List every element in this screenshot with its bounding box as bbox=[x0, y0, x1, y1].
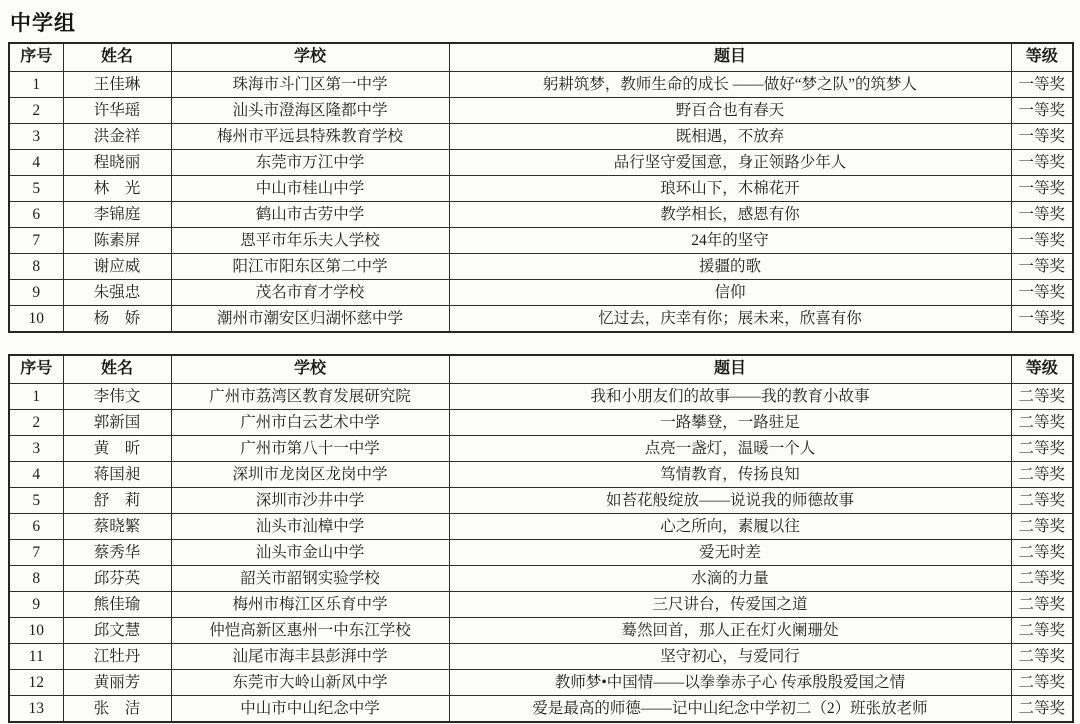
page-title: 中学组 bbox=[0, 0, 1080, 42]
table-row: 11江牡丹汕尾市海丰县彭湃中学坚守初心，与爱同行二等奖 bbox=[9, 644, 1073, 670]
table-cell-index: 12 bbox=[9, 670, 63, 696]
table-cell-award: 二等奖 bbox=[1011, 566, 1073, 592]
table-cell-name: 王佳琳 bbox=[63, 72, 171, 98]
table-cell-school: 茂名市育才学校 bbox=[171, 280, 449, 306]
table-cell-name: 蒋国昶 bbox=[63, 462, 171, 488]
table-cell-index: 9 bbox=[9, 592, 63, 618]
table-cell-award: 一等奖 bbox=[1011, 228, 1073, 254]
table-cell-title: 如苔花般绽放——说说我的师德故事 bbox=[449, 488, 1011, 514]
table-row: 3黄 昕广州市第八十一中学点亮一盏灯，温暖一个人二等奖 bbox=[9, 436, 1073, 462]
table-row: 1王佳琳珠海市斗门区第一中学躬耕筑梦，教师生命的成长 ——做好“梦之队”的筑梦人… bbox=[9, 72, 1073, 98]
table-cell-award: 二等奖 bbox=[1011, 540, 1073, 566]
table-cell-school: 广州市荔湾区教育发展研究院 bbox=[171, 384, 449, 410]
table-cell-award: 一等奖 bbox=[1011, 124, 1073, 150]
column-header-name: 姓名 bbox=[63, 43, 171, 72]
table-cell-name: 邱芬英 bbox=[63, 566, 171, 592]
table-cell-award: 二等奖 bbox=[1011, 436, 1073, 462]
table-row: 4蒋国昶深圳市龙岗区龙岗中学笃情教育，传扬良知二等奖 bbox=[9, 462, 1073, 488]
table-cell-award: 二等奖 bbox=[1011, 644, 1073, 670]
table-cell-index: 7 bbox=[9, 228, 63, 254]
table-row: 2许华瑶汕头市澄海区隆都中学野百合也有春天一等奖 bbox=[9, 98, 1073, 124]
column-header-school: 学校 bbox=[171, 43, 449, 72]
table-cell-school: 汕头市汕樟中学 bbox=[171, 514, 449, 540]
table-cell-name: 黄 昕 bbox=[63, 436, 171, 462]
table-cell-title: 既相遇，不放弃 bbox=[449, 124, 1011, 150]
table-cell-index: 8 bbox=[9, 566, 63, 592]
table-cell-award: 二等奖 bbox=[1011, 670, 1073, 696]
table-cell-school: 梅州市梅江区乐育中学 bbox=[171, 592, 449, 618]
table-cell-name: 邱文慧 bbox=[63, 618, 171, 644]
table-cell-award: 一等奖 bbox=[1011, 98, 1073, 124]
table-row: 8邱芬英韶关市韶钢实验学校水滴的力量二等奖 bbox=[9, 566, 1073, 592]
table-cell-award: 二等奖 bbox=[1011, 488, 1073, 514]
table-cell-name: 许华瑶 bbox=[63, 98, 171, 124]
award-table-first-prize: 序号 姓名 学校 题目 等级 1王佳琳珠海市斗门区第一中学躬耕筑梦，教师生命的成… bbox=[8, 42, 1074, 333]
table-cell-name: 蔡秀华 bbox=[63, 540, 171, 566]
table-cell-title: 教师梦•中国情——以拳拳赤子心 传承殷殷爱国之情 bbox=[449, 670, 1011, 696]
table-cell-title: 24年的坚守 bbox=[449, 228, 1011, 254]
table-cell-title: 蓦然回首，那人正在灯火阑珊处 bbox=[449, 618, 1011, 644]
table-cell-name: 张 洁 bbox=[63, 696, 171, 723]
table-row: 2郭新国广州市白云艺术中学一路攀登，一路驻足二等奖 bbox=[9, 410, 1073, 436]
table-cell-title: 忆过去，庆幸有你；展未来，欣喜有你 bbox=[449, 306, 1011, 333]
document-page: 中学组 序号 姓名 学校 题目 等级 1王佳琳珠海市斗门区第一中学躬耕筑梦，教师… bbox=[0, 0, 1080, 724]
table-cell-name: 朱强忠 bbox=[63, 280, 171, 306]
table-cell-name: 蔡晓繁 bbox=[63, 514, 171, 540]
column-header-title: 题目 bbox=[449, 43, 1011, 72]
table-cell-school: 东莞市万江中学 bbox=[171, 150, 449, 176]
table-row: 9熊佳瑜梅州市梅江区乐育中学三尺讲台，传爱国之道二等奖 bbox=[9, 592, 1073, 618]
table-cell-name: 林 光 bbox=[63, 176, 171, 202]
table-cell-index: 2 bbox=[9, 98, 63, 124]
table-cell-title: 品行坚守爱国意，身正领路少年人 bbox=[449, 150, 1011, 176]
table-cell-award: 二等奖 bbox=[1011, 462, 1073, 488]
table-cell-name: 谢应威 bbox=[63, 254, 171, 280]
table-cell-school: 阳江市阳东区第二中学 bbox=[171, 254, 449, 280]
table-row: 5舒 莉深圳市沙井中学如苔花般绽放——说说我的师德故事二等奖 bbox=[9, 488, 1073, 514]
table-cell-title: 教学相长，感恩有你 bbox=[449, 202, 1011, 228]
table-cell-title: 坚守初心，与爱同行 bbox=[449, 644, 1011, 670]
table-cell-index: 10 bbox=[9, 306, 63, 333]
table-row: 12黄丽芳东莞市大岭山新风中学教师梦•中国情——以拳拳赤子心 传承殷殷爱国之情二… bbox=[9, 670, 1073, 696]
table-cell-index: 5 bbox=[9, 176, 63, 202]
table-row: 9朱强忠茂名市育才学校信仰一等奖 bbox=[9, 280, 1073, 306]
table-header-row: 序号 姓名 学校 题目 等级 bbox=[9, 355, 1073, 384]
table-cell-award: 二等奖 bbox=[1011, 592, 1073, 618]
table-cell-award: 二等奖 bbox=[1011, 514, 1073, 540]
table-cell-award: 一等奖 bbox=[1011, 254, 1073, 280]
table-cell-index: 13 bbox=[9, 696, 63, 723]
table-cell-award: 一等奖 bbox=[1011, 202, 1073, 228]
table-cell-award: 一等奖 bbox=[1011, 150, 1073, 176]
table-cell-index: 3 bbox=[9, 124, 63, 150]
table-cell-name: 江牡丹 bbox=[63, 644, 171, 670]
table-header-row: 序号 姓名 学校 题目 等级 bbox=[9, 43, 1073, 72]
table-row: 13张 洁中山市中山纪念中学爱是最高的师德——记中山纪念中学初二（2）班张放老师… bbox=[9, 696, 1073, 723]
table-cell-school: 韶关市韶钢实验学校 bbox=[171, 566, 449, 592]
table-cell-name: 李伟文 bbox=[63, 384, 171, 410]
table-cell-school: 恩平市年乐夫人学校 bbox=[171, 228, 449, 254]
table-cell-index: 2 bbox=[9, 410, 63, 436]
table-cell-name: 郭新国 bbox=[63, 410, 171, 436]
table-cell-title: 爱是最高的师德——记中山纪念中学初二（2）班张放老师 bbox=[449, 696, 1011, 723]
table-cell-title: 躬耕筑梦，教师生命的成长 ——做好“梦之队”的筑梦人 bbox=[449, 72, 1011, 98]
table-row: 4程晓丽东莞市万江中学品行坚守爱国意，身正领路少年人一等奖 bbox=[9, 150, 1073, 176]
table-row: 6李锦庭鹤山市古劳中学教学相长，感恩有你一等奖 bbox=[9, 202, 1073, 228]
table-cell-award: 二等奖 bbox=[1011, 618, 1073, 644]
table-cell-name: 黄丽芳 bbox=[63, 670, 171, 696]
table-cell-title: 一路攀登，一路驻足 bbox=[449, 410, 1011, 436]
table-cell-index: 6 bbox=[9, 514, 63, 540]
table-cell-name: 杨 娇 bbox=[63, 306, 171, 333]
table-cell-name: 洪金祥 bbox=[63, 124, 171, 150]
table-cell-name: 李锦庭 bbox=[63, 202, 171, 228]
table-cell-school: 鹤山市古劳中学 bbox=[171, 202, 449, 228]
table-cell-school: 潮州市潮安区归湖怀慈中学 bbox=[171, 306, 449, 333]
table-cell-title: 琅环山下，木棉花开 bbox=[449, 176, 1011, 202]
table-cell-index: 1 bbox=[9, 384, 63, 410]
table-row: 3洪金祥梅州市平远县特殊教育学校既相遇，不放弃一等奖 bbox=[9, 124, 1073, 150]
column-header-school: 学校 bbox=[171, 355, 449, 384]
table-cell-award: 一等奖 bbox=[1011, 306, 1073, 333]
table-cell-award: 二等奖 bbox=[1011, 384, 1073, 410]
table-cell-name: 程晓丽 bbox=[63, 150, 171, 176]
table-cell-index: 3 bbox=[9, 436, 63, 462]
column-header-name: 姓名 bbox=[63, 355, 171, 384]
table-cell-title: 野百合也有春天 bbox=[449, 98, 1011, 124]
award-table-second-prize: 序号 姓名 学校 题目 等级 1李伟文广州市荔湾区教育发展研究院我和小朋友们的故… bbox=[8, 354, 1074, 723]
table-row: 8谢应威阳江市阳东区第二中学援疆的歌一等奖 bbox=[9, 254, 1073, 280]
table-cell-title: 援疆的歌 bbox=[449, 254, 1011, 280]
table-cell-school: 汕头市金山中学 bbox=[171, 540, 449, 566]
table-cell-name: 熊佳瑜 bbox=[63, 592, 171, 618]
table-cell-index: 10 bbox=[9, 618, 63, 644]
table-cell-index: 1 bbox=[9, 72, 63, 98]
table-cell-school: 深圳市龙岗区龙岗中学 bbox=[171, 462, 449, 488]
column-header-award: 等级 bbox=[1011, 43, 1073, 72]
table-cell-title: 点亮一盏灯，温暖一个人 bbox=[449, 436, 1011, 462]
table-row: 1李伟文广州市荔湾区教育发展研究院我和小朋友们的故事——我的教育小故事二等奖 bbox=[9, 384, 1073, 410]
table-cell-school: 东莞市大岭山新风中学 bbox=[171, 670, 449, 696]
table-cell-index: 4 bbox=[9, 150, 63, 176]
table-cell-school: 汕尾市海丰县彭湃中学 bbox=[171, 644, 449, 670]
table-cell-award: 一等奖 bbox=[1011, 280, 1073, 306]
table-cell-index: 8 bbox=[9, 254, 63, 280]
table-cell-school: 汕头市澄海区隆都中学 bbox=[171, 98, 449, 124]
table-cell-school: 珠海市斗门区第一中学 bbox=[171, 72, 449, 98]
table-cell-title: 心之所向，素履以往 bbox=[449, 514, 1011, 540]
column-header-index: 序号 bbox=[9, 43, 63, 72]
table-row: 7陈素屏恩平市年乐夫人学校24年的坚守一等奖 bbox=[9, 228, 1073, 254]
table-cell-school: 深圳市沙井中学 bbox=[171, 488, 449, 514]
table-cell-index: 4 bbox=[9, 462, 63, 488]
table-row: 10邱文慧仲恺高新区惠州一中东江学校蓦然回首，那人正在灯火阑珊处二等奖 bbox=[9, 618, 1073, 644]
table-cell-index: 6 bbox=[9, 202, 63, 228]
table-cell-name: 陈素屏 bbox=[63, 228, 171, 254]
column-header-award: 等级 bbox=[1011, 355, 1073, 384]
table-cell-title: 爱无时差 bbox=[449, 540, 1011, 566]
table-cell-school: 中山市桂山中学 bbox=[171, 176, 449, 202]
column-header-title: 题目 bbox=[449, 355, 1011, 384]
table-cell-index: 5 bbox=[9, 488, 63, 514]
table-cell-title: 信仰 bbox=[449, 280, 1011, 306]
table-cell-name: 舒 莉 bbox=[63, 488, 171, 514]
table-cell-award: 二等奖 bbox=[1011, 410, 1073, 436]
table-cell-school: 中山市中山纪念中学 bbox=[171, 696, 449, 723]
table-row: 5林 光中山市桂山中学琅环山下，木棉花开一等奖 bbox=[9, 176, 1073, 202]
table-cell-school: 梅州市平远县特殊教育学校 bbox=[171, 124, 449, 150]
table-cell-index: 9 bbox=[9, 280, 63, 306]
table-cell-index: 11 bbox=[9, 644, 63, 670]
table-cell-award: 二等奖 bbox=[1011, 696, 1073, 723]
table-cell-school: 仲恺高新区惠州一中东江学校 bbox=[171, 618, 449, 644]
table-cell-school: 广州市第八十一中学 bbox=[171, 436, 449, 462]
table-cell-award: 一等奖 bbox=[1011, 72, 1073, 98]
table-row: 6蔡晓繁汕头市汕樟中学心之所向，素履以往二等奖 bbox=[9, 514, 1073, 540]
table-cell-title: 我和小朋友们的故事——我的教育小故事 bbox=[449, 384, 1011, 410]
table-cell-school: 广州市白云艺术中学 bbox=[171, 410, 449, 436]
table-row: 10杨 娇潮州市潮安区归湖怀慈中学忆过去，庆幸有你；展未来，欣喜有你一等奖 bbox=[9, 306, 1073, 333]
table-cell-title: 水滴的力量 bbox=[449, 566, 1011, 592]
column-header-index: 序号 bbox=[9, 355, 63, 384]
table-row: 7蔡秀华汕头市金山中学爱无时差二等奖 bbox=[9, 540, 1073, 566]
table-cell-title: 笃情教育，传扬良知 bbox=[449, 462, 1011, 488]
table-cell-award: 一等奖 bbox=[1011, 176, 1073, 202]
table-cell-index: 7 bbox=[9, 540, 63, 566]
table-cell-title: 三尺讲台，传爱国之道 bbox=[449, 592, 1011, 618]
